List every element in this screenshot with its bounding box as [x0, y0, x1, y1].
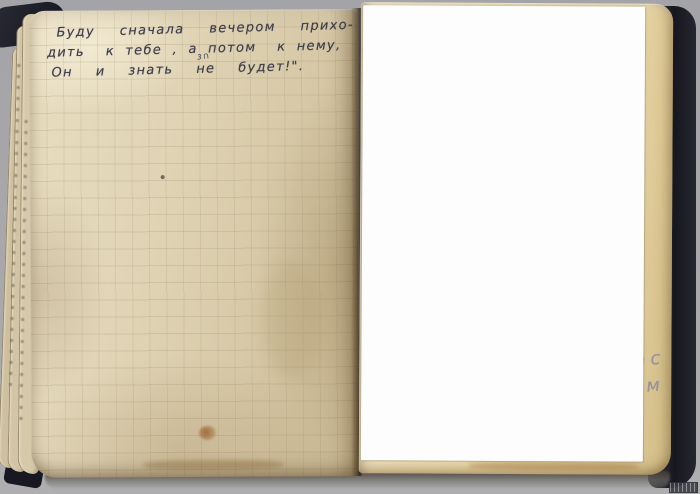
dark-speck	[161, 175, 165, 179]
bottom-smudge	[143, 460, 283, 471]
right-page: ас ем	[359, 2, 673, 475]
notebook-scan: Буду сначала вечером прихо- дить к тебе …	[0, 0, 700, 494]
handwriting-block: Буду сначала вечером прихо- дить к тебе …	[29, 16, 350, 84]
paper-discoloration	[260, 259, 321, 379]
left-page: Буду сначала вечером прихо- дить к тебе …	[29, 9, 359, 478]
handwriting-insertion-mark: з∩	[197, 51, 211, 62]
bottom-edge-smudge	[469, 462, 639, 471]
ink-stain	[199, 426, 216, 440]
white-mask-overlay	[361, 5, 645, 461]
watermark-badge	[669, 482, 698, 493]
